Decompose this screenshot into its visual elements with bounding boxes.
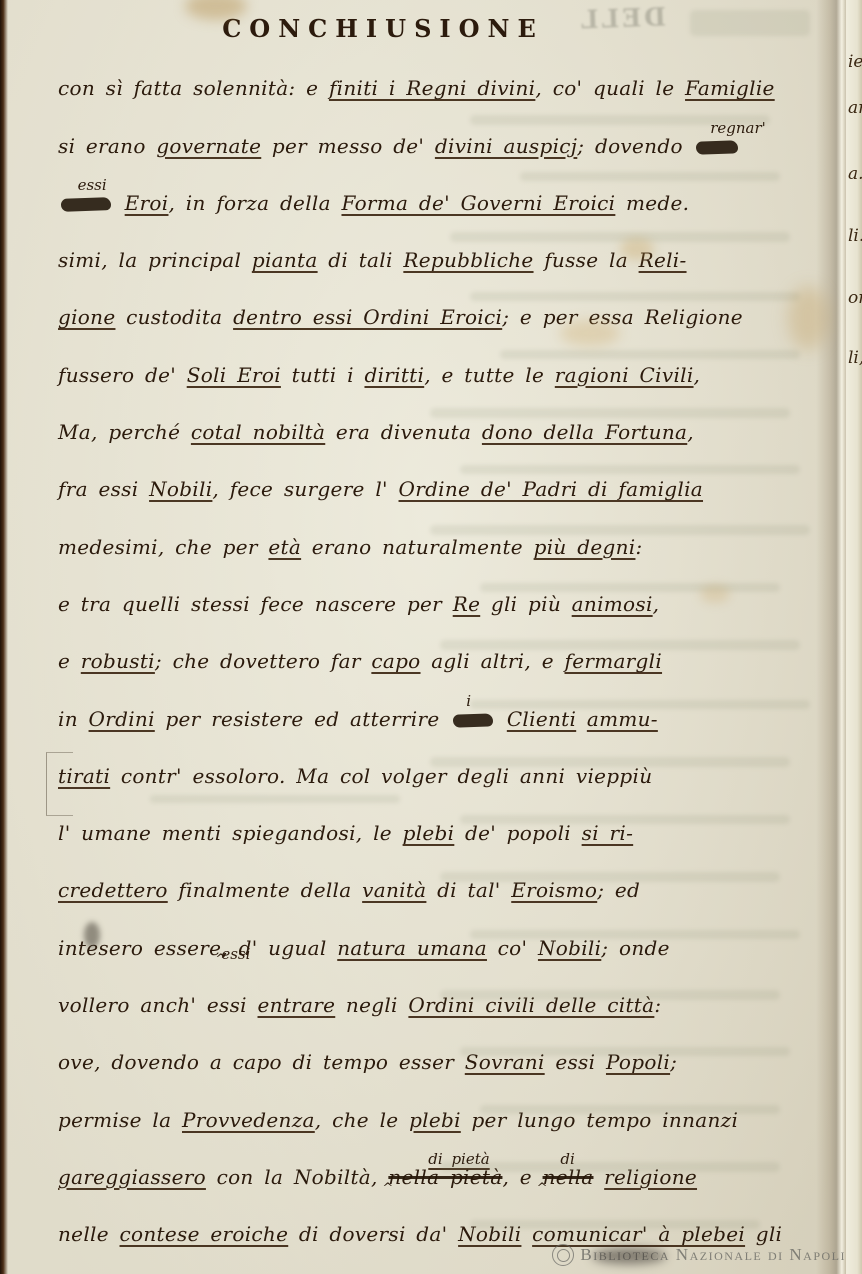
handwritten-text [114,191,125,215]
ghost-bleedthrough-line [460,815,790,824]
book-left-edge [0,0,8,1274]
handwritten-text: , d' ugual [221,936,337,960]
manuscript-line: permise la Provvedenza, che le plebi per… [58,1087,830,1144]
handwritten-text: Eroismo [511,878,597,902]
paper-stain [560,320,620,346]
ghost-bleedthrough-line [470,930,800,939]
handwritten-text: tutti i [281,363,365,387]
handwritten-text: ; ed [597,878,640,902]
handwritten-text: , in forza della [168,191,341,215]
ink-blot [453,713,493,727]
ghost-bleedthrough-line [470,1220,760,1229]
handwritten-text: finalmente della [168,878,362,902]
ghost-bleedthrough-line [430,525,810,535]
paper-stain [788,286,828,350]
insertion-caret: ^ [382,1181,393,1196]
handwritten-text: , che le [315,1108,409,1132]
handwritten-text: Re [453,592,481,616]
handwritten-text: natura umana [337,936,487,960]
handwritten-text: ; onde [601,936,669,960]
handwritten-text: Forma de' Governi Eroici [341,191,615,215]
handwritten-text: e tra quelli stessi fece nascere per [58,592,453,616]
handwritten-text: Provvedenza [182,1108,315,1132]
manuscript-line: con sì fatta solennità: e finiti i Regni… [58,56,830,113]
obliterated-word: regnar' [693,134,741,158]
handwritten-text: età [268,535,301,559]
manuscript-line: in Ordini per resistere ed atterrire i C… [58,686,830,743]
page-title: CONCHIUSIONE [0,14,766,43]
ghost-bleedthrough-line [690,10,810,36]
handwritten-text: erano naturalmente [301,535,533,559]
handwritten-text: plebi [409,1108,461,1132]
obliterated-word: i [450,707,496,731]
facing-page-edge: iear'a.li. loneli, [846,0,862,1274]
handwritten-text: gareggiassero [58,1165,206,1189]
handwritten-text: , e tutte le [424,363,555,387]
handwritten-text: custodita [115,305,233,329]
handwritten-text: permise la [58,1108,182,1132]
handwritten-text: Eroi [125,191,169,215]
manuscript-line: intesero essereessi^, d' ugual natura um… [58,915,830,972]
facing-page-text-fragment: ie [848,52,862,72]
handwritten-text: fussero de' [58,363,187,387]
ghost-bleedthrough-line [150,795,400,803]
manuscript-line: tirati contr' essoloro. Ma col volger de… [58,744,830,801]
handwritten-text: con sì fatta solennità: e [58,76,329,100]
ink-blot [61,197,111,212]
handwritten-text: Nobili [538,936,601,960]
handwritten-text: fermargli [565,649,663,673]
handwritten-text: finiti i Regni divini [329,76,535,100]
handwritten-text: negli [335,993,408,1017]
handwritten-text: , [653,592,660,616]
handwritten-text: per resistere ed atterrire [155,707,450,731]
handwritten-text: ragioni Civili [555,363,694,387]
ghost-bleedthrough-line [470,115,770,125]
handwritten-text: contese eroiche [120,1222,289,1246]
facing-page-text-fragment: li, [848,348,862,368]
handwritten-text: robusti [81,649,155,673]
handwritten-text: medesimi, che per [58,535,268,559]
handwritten-text: divini auspicj [435,134,577,158]
insertion-caret: ^ [537,1181,548,1196]
ghost-bleedthrough-line [500,350,800,359]
ink-blot [696,140,738,154]
handwritten-text: nelle [58,1222,120,1246]
handwritten-text: l' umane menti spiegandosi, le [58,821,403,845]
handwritten-text: gli più [480,592,571,616]
handwritten-text: Famiglie [685,76,775,100]
manuscript-line: medesimi, che per età erano naturalmente… [58,514,830,571]
handwritten-text: Ordine de' Padri di famiglia [399,477,704,501]
ghost-bleedthrough-line [480,583,780,592]
ghost-bleedthrough-line [440,1162,780,1172]
handwritten-text [576,707,587,731]
facing-page-text-fragment: a. [848,164,862,184]
manuscript-line: ove, dovendo a capo di tempo esser Sovra… [58,1030,830,1087]
handwritten-text: diritti [364,363,424,387]
handwritten-text: capo [371,649,420,673]
handwritten-text: gione [58,305,115,329]
handwritten-text: governate [156,134,261,158]
margin-pencil-bracket [46,752,73,816]
handwritten-text: di tali [318,248,404,272]
handwritten-text: ; e per essa Religione [502,305,743,329]
ghost-bleedthrough-line [430,408,790,418]
handwritten-text: Ordini [89,707,155,731]
handwritten-text: entrare [258,993,336,1017]
ghost-bleedthrough-line [460,465,800,474]
paper-stain [592,1248,666,1264]
handwritten-text: più degni [534,535,636,559]
handwritten-text: : [635,535,642,559]
paper-stain [620,238,654,260]
ghost-bleedthrough-line [460,1047,790,1056]
book-gutter-shadow [816,0,846,1274]
handwritten-text: in [58,707,89,731]
handwritten-text: pianta [252,248,318,272]
manuscript-line: gareggiassero con la Nobiltà, nella piet… [58,1145,830,1202]
handwritten-text: Clienti [507,707,576,731]
handwritten-text: , [687,420,694,444]
handwritten-text: Soli Eroi [187,363,281,387]
ghost-bleedthrough-line [480,1105,780,1114]
handwritten-text: contr' essoloro. Ma col volger degli ann… [110,764,652,788]
handwritten-text: cotal nobiltà [191,420,325,444]
handwritten-text: con la Nobiltà, [206,1165,388,1189]
manuscript-line: e robusti; che dovettero far capo agli a… [58,629,830,686]
handwritten-text: di doversi da' [288,1222,458,1246]
handwritten-text: e [58,649,81,673]
handwritten-text: agli altri, e [421,649,565,673]
handwritten-text: mede. [615,191,689,215]
handwritten-text: era divenuta [325,420,482,444]
handwritten-text: co' [487,936,538,960]
handwritten-text: ; dovendo [577,134,693,158]
handwritten-text: vollero anch' essi [58,993,258,1017]
handwritten-text: Ma, perché [58,420,191,444]
handwritten-text: credettero [58,878,168,902]
handwritten-text: ammu- [587,707,658,731]
handwritten-text: animosi [572,592,653,616]
handwritten-text: di tal' [426,878,511,902]
library-emblem-icon [552,1244,574,1266]
handwritten-text: , fece surgere l' [212,477,398,501]
handwritten-text: de' popoli [454,821,581,845]
ghost-bleedthrough-line [470,700,810,709]
handwritten-text [496,707,507,731]
handwritten-text: dentro essi Ordini Eroici [233,305,502,329]
ghost-bleedthrough-line [430,757,790,767]
handwritten-text: si erano [58,134,156,158]
handwritten-text: intesero essere [58,936,221,960]
facing-page-text-fragment: one [848,288,862,308]
handwritten-text: Nobili [149,477,212,501]
handwritten-text: , [694,363,701,387]
handwritten-text: vanità [362,878,426,902]
ghost-bleedthrough-line [470,292,800,301]
handwritten-text: , co' quali le [535,76,685,100]
handwritten-text: simi, la principal [58,248,252,272]
ghost-bleedthrough-line [440,872,780,882]
obliterated-word: essi [58,191,114,215]
manuscript-line: l' umane menti spiegandosi, le plebi de'… [58,801,830,858]
interlinear-insertion: essi [78,178,107,193]
facing-page-text-fragment: li. l [848,226,862,246]
handwritten-text: dono della Fortuna [482,420,687,444]
ghost-bleedthrough-line [440,640,800,650]
facing-page-text-fragment: ar' [848,98,862,118]
ghost-bleedthrough-line [520,172,780,181]
paper-stain [84,922,100,948]
ghost-bleedthrough-line [450,232,790,242]
manuscript-line: credettero finalmente della vanità di ta… [58,858,830,915]
handwritten-text: Repubbliche [403,248,533,272]
handwritten-text: plebi [403,821,455,845]
handwritten-text: per messo de' [261,134,435,158]
handwritten-text: si ri- [582,821,634,845]
ghost-bleedthrough-line [440,990,780,1000]
handwritten-text: ove, dovendo a capo di tempo esser [58,1050,465,1074]
handwritten-text: ; che dovettero far [155,649,371,673]
handwritten-text: fra essi [58,477,149,501]
manuscript-line: vollero anch' essi entrare negli Ordini … [58,973,830,1030]
paper-stain [700,585,730,603]
